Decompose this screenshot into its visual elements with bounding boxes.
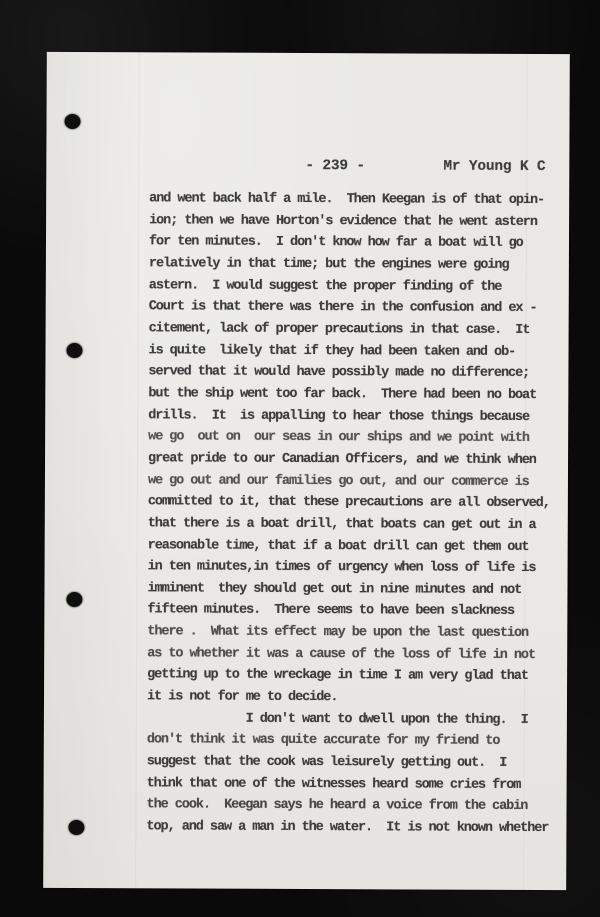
text-line: ion; then we have Horton's evidence that…	[149, 210, 569, 233]
text-line: we go out on our seas in our ships and w…	[148, 427, 568, 450]
text-line: the cook. Keegan says he heard a voice f…	[146, 795, 566, 818]
hole-punch	[64, 114, 80, 129]
text-line: relatively in that time; but the engines…	[149, 253, 569, 276]
text-line: and went back half a mile. Then Keegan i…	[149, 188, 569, 211]
text-line: that there is a boat drill, that boats c…	[148, 513, 568, 536]
hole-punch	[68, 820, 84, 835]
page-number: - 239 -	[305, 158, 365, 174]
text-line: as to whether it was a cause of the loss…	[147, 643, 567, 666]
text-line: is quite likely that if they had been ta…	[148, 340, 568, 363]
text-line: citement, lack of proper precautions in …	[149, 318, 569, 341]
text-line: top, and saw a man in the water. It is n…	[146, 816, 566, 839]
page-header: - 239 - Mr Young K C	[47, 52, 570, 54]
paper-fold-line	[135, 52, 141, 888]
text-line: we go out and our families go out, and o…	[148, 470, 568, 493]
text-line: getting up to the wreckage in time I am …	[147, 665, 567, 688]
document-page: - 239 - Mr Young K C and went back half …	[43, 52, 570, 890]
text-line: it is not for me to decide.	[147, 686, 567, 709]
text-line: don't think it was quite accurate for my…	[147, 730, 567, 753]
text-line: great pride to our Canadian Officers, an…	[148, 448, 568, 471]
text-line: committed to it, that these precautions …	[148, 491, 568, 514]
scan-background: - 239 - Mr Young K C and went back half …	[0, 0, 600, 917]
text-line: there . What its effect may be upon the …	[147, 621, 567, 644]
text-line: drills. It is appalling to hear those th…	[148, 405, 568, 428]
text-line: reasonable time, that if a boat drill ca…	[148, 535, 568, 558]
hole-punch	[66, 592, 82, 607]
text-line: think that one of the witnesses heard so…	[147, 773, 567, 796]
transcript-text: and went back half a mile. Then Keegan i…	[146, 188, 569, 840]
text-line: imminent they should get out in nine min…	[147, 578, 567, 601]
text-line: served that it would have possibly made …	[148, 362, 568, 385]
text-line: suggest that the cook was leisurely gett…	[147, 751, 567, 774]
speaker-attribution: Mr Young K C	[443, 159, 545, 175]
text-line: in ten minutes,in times of urgency when …	[148, 556, 568, 579]
text-line: but the ship went too far back. There ha…	[148, 383, 568, 406]
text-line: astern. I would suggest the proper findi…	[149, 275, 569, 298]
text-line: I don't want to dwell upon the thing. I	[147, 708, 567, 731]
hole-punch	[66, 343, 82, 358]
text-line: for ten minutes. I don't know how far a …	[149, 232, 569, 255]
text-line: Court is that there was there in the con…	[149, 297, 569, 320]
text-line: fifteen minutes. There seems to have bee…	[147, 600, 567, 623]
